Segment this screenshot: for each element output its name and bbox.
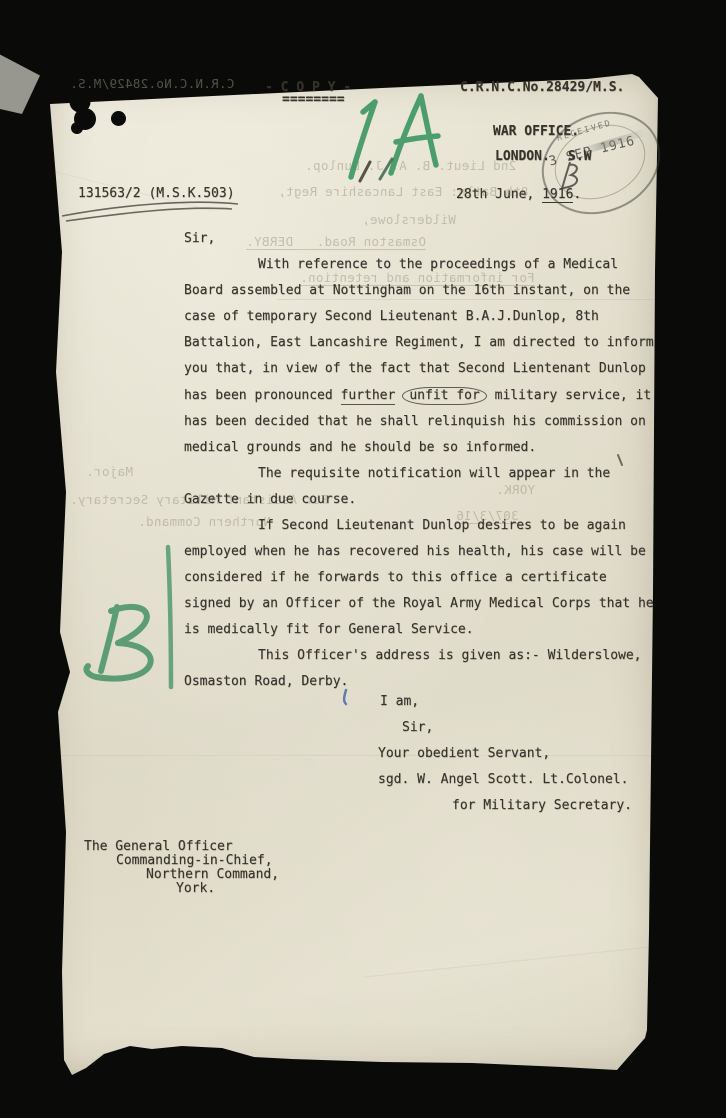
pen-circled-phrase: unfit for bbox=[402, 387, 486, 405]
photograph-of-letter: C.R.N.C.No.28429/M.S. 2nd Lieut. B. A. J… bbox=[0, 0, 726, 1118]
body-line-pronounced: has been pronounced furtherunfit for mil… bbox=[184, 387, 651, 405]
signature-line: sgd. W. Angel Scott. Lt.Colonel. bbox=[378, 772, 628, 787]
body-line: has been decided that he shall relinquis… bbox=[184, 414, 646, 429]
closing-i-am: I am, bbox=[380, 694, 419, 709]
body-line: you that, in view of the fact that Secon… bbox=[184, 361, 646, 376]
body-line: Gazette in due course. bbox=[184, 492, 356, 507]
body-line: Battalion, East Lancashire Regiment, I a… bbox=[184, 335, 654, 350]
body-line: Osmaston Road, Derby. bbox=[184, 674, 348, 689]
body-line: signed by an Officer of the Royal Army M… bbox=[184, 596, 654, 611]
bleed-text: Major. bbox=[86, 464, 133, 479]
body-line: If Second Lieutenant Dunlop desires to b… bbox=[184, 518, 626, 533]
closing-sir: Sir, bbox=[402, 720, 433, 735]
reference-number: C.R.N.C.No.28429/M.S. bbox=[460, 80, 624, 95]
bleed-text: Osmaston Road. DERBY. bbox=[246, 234, 426, 250]
recipient-line: The General Officer bbox=[84, 839, 233, 854]
body-line: This Officer's address is given as:- Wil… bbox=[184, 648, 642, 663]
body-line: employed when he has recovered his healt… bbox=[184, 544, 646, 559]
body-line: Board assembled at Nottingham on the 16t… bbox=[184, 283, 630, 298]
salutation: Sir, bbox=[184, 231, 215, 246]
recipient-line: York. bbox=[176, 881, 215, 896]
background-band bbox=[0, 1082, 726, 1118]
pen-underlined-word: further bbox=[341, 388, 396, 405]
bleed-text: Wilderslowe, bbox=[362, 212, 456, 227]
body-line: With reference to the proceedings of a M… bbox=[184, 257, 618, 272]
recipient-line: Commanding-in-Chief, bbox=[116, 853, 273, 868]
bleed-text: 2nd Lieut. B. A. J. Dunlop. bbox=[305, 158, 516, 173]
closing-servant: Your obedient Servant, bbox=[378, 746, 550, 761]
bleed-text: YORK. bbox=[496, 482, 535, 497]
body-line: The requisite notification will appear i… bbox=[184, 466, 610, 481]
file-number: 131563/2 (M.S.K.503) bbox=[78, 186, 235, 201]
paper-crease bbox=[364, 945, 659, 978]
body-line: considered if he forwards to this office… bbox=[184, 570, 607, 585]
paper-crease bbox=[42, 754, 660, 756]
bleed-text: C.R.N.C.No.28429/M.S. bbox=[70, 76, 234, 91]
body-line: is medically fit for General Service. bbox=[184, 622, 474, 637]
for-military-secretary: for Military Secretary. bbox=[452, 798, 632, 813]
body-line: medical grounds and he should be so info… bbox=[184, 440, 536, 455]
under-sheet-corner bbox=[0, 52, 40, 114]
paper-crease bbox=[277, 298, 660, 300]
recipient-line: Northern Command, bbox=[146, 867, 279, 882]
body-line: case of temporary Second Lieutenant B.A.… bbox=[184, 309, 599, 324]
copy-heading-underline: ======== bbox=[282, 92, 345, 107]
